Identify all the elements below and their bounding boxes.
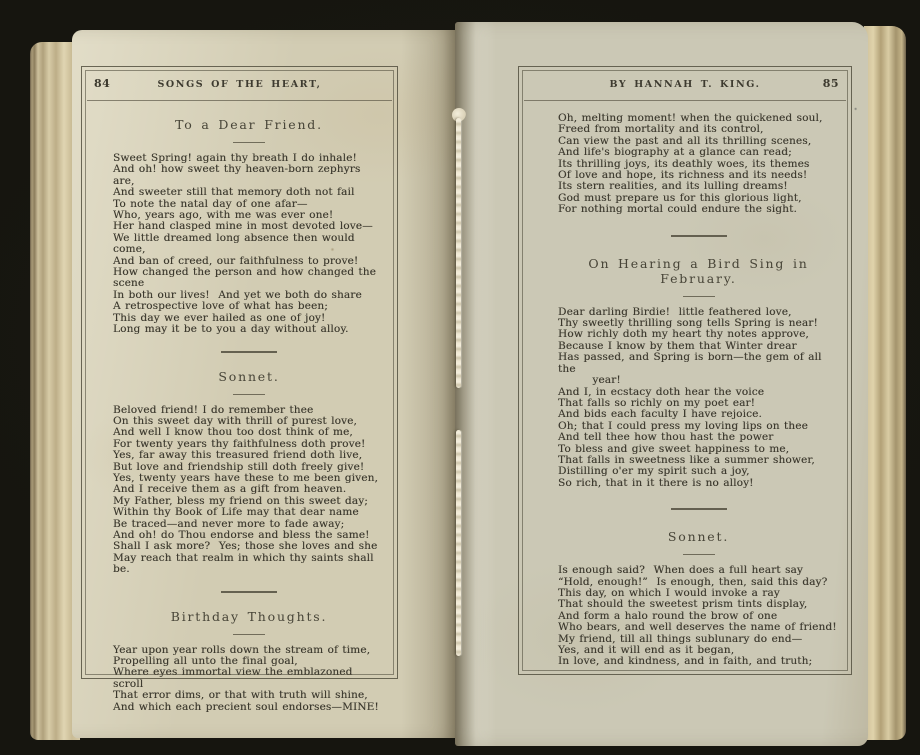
binding-thread bbox=[456, 430, 461, 656]
poem-line: May reach that realm in which thy saints… bbox=[113, 553, 385, 576]
binding-thread bbox=[456, 118, 461, 388]
poem: Dear darling Birdie! little feathered lo… bbox=[558, 307, 839, 490]
poem: Year upon year rolls down the stream of … bbox=[113, 645, 385, 713]
left-page-body: To a Dear Friend.Sweet Spring! again thy… bbox=[82, 117, 397, 713]
poem-line: Where eyes immortal view the emblazoned … bbox=[113, 667, 385, 690]
section-divider bbox=[221, 351, 277, 353]
poem: Oh, melting moment! when the quickened s… bbox=[558, 113, 839, 216]
page-edge-stack-right bbox=[864, 26, 906, 740]
right-page-header: BY HANNAH T. KING. 85 bbox=[529, 74, 841, 97]
left-page-header: 84 SONGS OF THE HEART, bbox=[92, 74, 387, 97]
section-divider bbox=[671, 508, 727, 510]
header-rule bbox=[524, 100, 846, 101]
poem-line: Within thy Book of Life may that dear na… bbox=[113, 507, 385, 518]
poem-line: And life's biography at a glance can rea… bbox=[558, 147, 839, 158]
running-head-right: BY HANNAH T. KING. bbox=[529, 79, 841, 90]
poem-line: So rich, that in it there is no alloy! bbox=[558, 478, 839, 489]
left-page-frame: 84 SONGS OF THE HEART, To a Dear Friend.… bbox=[81, 66, 398, 679]
poem: Sweet Spring! again thy breath I do inha… bbox=[113, 153, 385, 336]
running-head-left: SONGS OF THE HEART, bbox=[92, 79, 387, 90]
poem: Is enough said? When does a full heart s… bbox=[558, 565, 839, 668]
poem-line: And bids each faculty I have rejoice. bbox=[558, 409, 839, 420]
poem-line: A retrospective love of what has been; bbox=[113, 301, 385, 312]
poem: Beloved friend! I do remember theeOn thi… bbox=[113, 405, 385, 576]
poem-title: Sonnet. bbox=[113, 369, 385, 384]
poem-line: And well I know thou too dost think of m… bbox=[113, 427, 385, 438]
poem-title: Birthday Thoughts. bbox=[113, 609, 385, 624]
poem-section: Birthday Thoughts.Year upon year rolls d… bbox=[113, 591, 385, 713]
poem-line: For nothing mortal could endure the sigh… bbox=[558, 204, 839, 215]
poem-section: On Hearing a Bird Sing in February.Dear … bbox=[558, 235, 839, 490]
section-divider bbox=[671, 235, 727, 237]
title-rule bbox=[233, 634, 265, 635]
poem-line: And tell thee how thou hast the power bbox=[558, 432, 839, 443]
title-rule bbox=[683, 554, 715, 555]
poem-line: And which each precient soul endorses—MI… bbox=[113, 702, 385, 713]
left-page: 84 SONGS OF THE HEART, To a Dear Friend.… bbox=[72, 30, 455, 738]
poem-line: And oh! how sweet thy heaven-born zephyr… bbox=[113, 164, 385, 187]
section-divider bbox=[221, 591, 277, 593]
poem-line: That error dims, or that with truth will… bbox=[113, 690, 385, 701]
poem-line: year! bbox=[558, 375, 839, 386]
poem-section: Oh, melting moment! when the quickened s… bbox=[558, 113, 839, 216]
poem-title: On Hearing a Bird Sing in February. bbox=[558, 256, 839, 286]
poem-line: Has passed, and Spring is born—the gem o… bbox=[558, 352, 839, 375]
poem-line: And sweeter still that memory doth not f… bbox=[113, 187, 385, 198]
poem-section: Sonnet.Is enough said? When does a full … bbox=[558, 508, 839, 668]
poem-section: To a Dear Friend.Sweet Spring! again thy… bbox=[113, 117, 385, 336]
right-page-frame: BY HANNAH T. KING. 85 Oh, melting moment… bbox=[518, 66, 852, 675]
poem-line: Long may it be to you a day without allo… bbox=[113, 324, 385, 335]
title-rule bbox=[233, 394, 265, 395]
title-rule bbox=[233, 142, 265, 143]
poem-line: Who bears, and well deserves the name of… bbox=[558, 622, 839, 633]
poem-line: In love, and kindness, and in faith, and… bbox=[558, 656, 839, 667]
poem-title: Sonnet. bbox=[558, 529, 839, 544]
poem-section: Sonnet.Beloved friend! I do remember the… bbox=[113, 351, 385, 576]
poem-line: Yes, far away this treasured friend doth… bbox=[113, 450, 385, 461]
title-rule bbox=[683, 296, 715, 297]
open-book-photo: 84 SONGS OF THE HEART, To a Dear Friend.… bbox=[0, 0, 920, 755]
page-number-right: 85 bbox=[823, 77, 839, 90]
poem-title: To a Dear Friend. bbox=[113, 117, 385, 132]
poem-line: We little dreamed long absence then woul… bbox=[113, 233, 385, 256]
poem-line: Is enough said? When does a full heart s… bbox=[558, 565, 839, 576]
header-rule bbox=[87, 100, 392, 101]
right-page-body: Oh, melting moment! when the quickened s… bbox=[519, 113, 851, 668]
poem-line: How changed the person and how changed t… bbox=[113, 267, 385, 290]
right-page: BY HANNAH T. KING. 85 Oh, melting moment… bbox=[455, 22, 868, 746]
